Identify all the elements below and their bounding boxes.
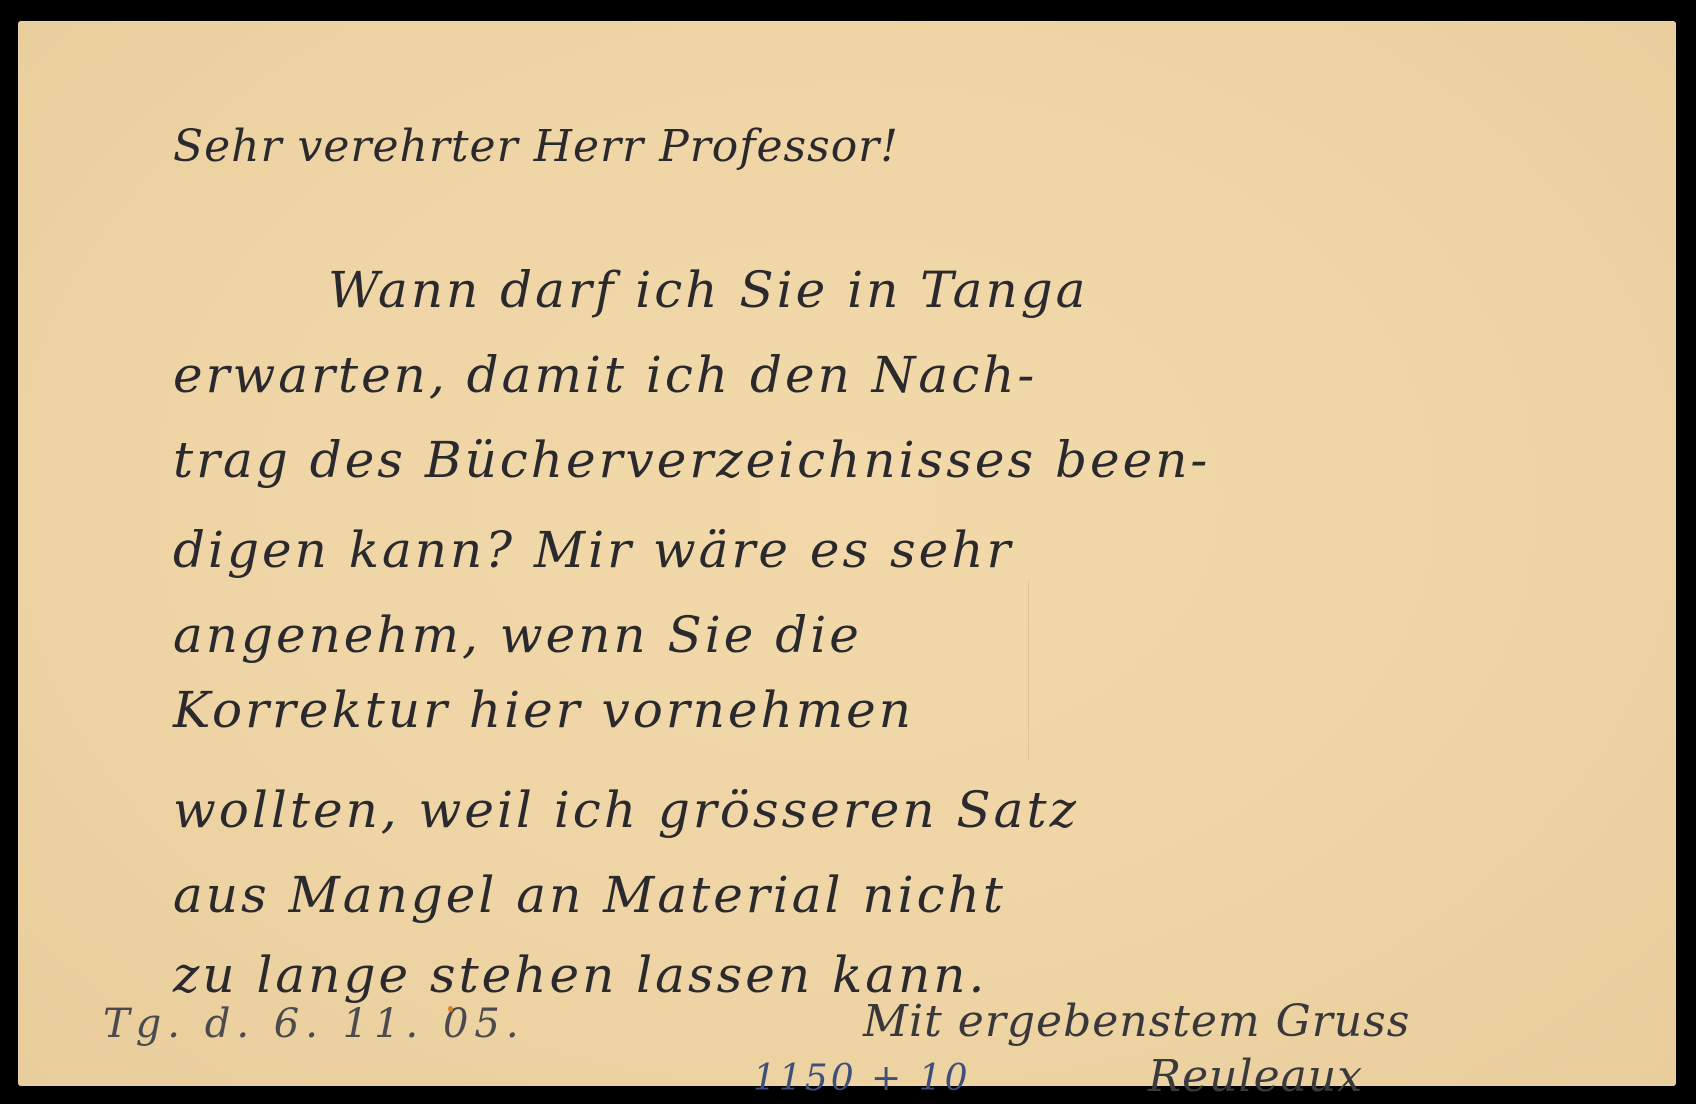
salutation: Sehr verehrter Herr Professor!	[173, 121, 899, 172]
paper-crease	[1028, 581, 1029, 761]
body-line-8: aus Mangel an Material nicht	[173, 866, 1006, 924]
ink-spot	[448, 1006, 453, 1012]
closing: Mit ergebenstem Gruss	[863, 996, 1410, 1047]
postcard: Sehr verehrter Herr Professor! Wann darf…	[18, 21, 1676, 1086]
body-line-1: Wann darf ich Sie in Tanga	[328, 261, 1088, 319]
archive-number: 1150 + 10	[753, 1058, 970, 1099]
body-line-3: trag des Bücherverzeichnisses been-	[173, 431, 1210, 489]
body-line-6: Korrektur hier vornehmen	[173, 681, 914, 739]
signature: Reuleaux	[1148, 1051, 1363, 1102]
date: Tg. d. 6. 11. 05.	[103, 1001, 525, 1047]
body-line-7: wollten, weil ich grösseren Satz	[173, 781, 1079, 839]
body-line-2: erwarten, damit ich den Nach-	[173, 346, 1037, 404]
body-line-5: angenehm, wenn Sie die	[173, 606, 862, 664]
body-line-4: digen kann? Mir wäre es sehr	[173, 521, 1013, 579]
